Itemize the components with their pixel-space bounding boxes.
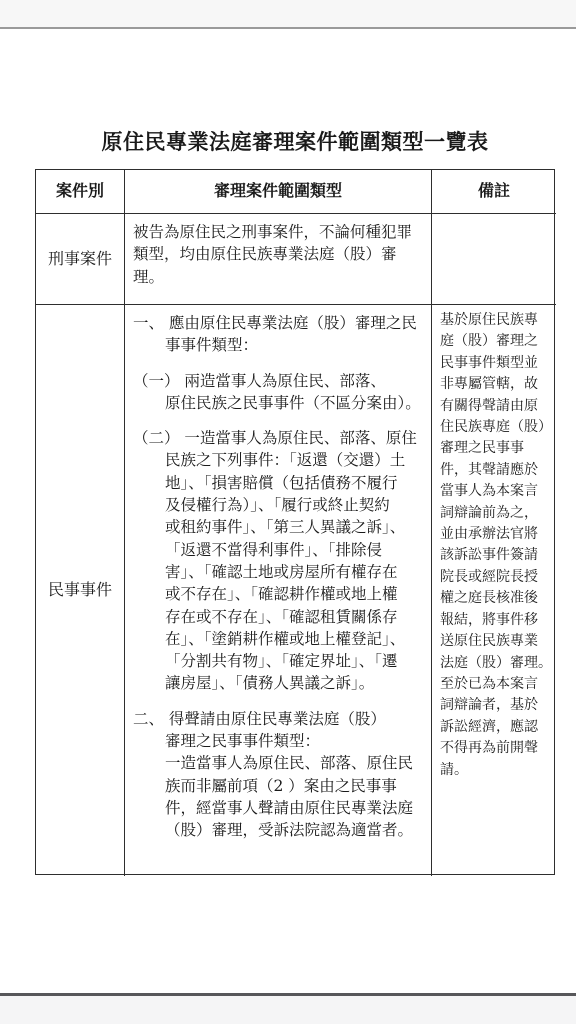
header-case-type: 案件別 [36, 170, 124, 213]
criminal-scope-text: 被告為原住民之刑事案件，不論何種犯罪 類型，均由原住民族專業法庭（股）審理。 [124, 213, 431, 304]
civil-item-2: 二、 得聲請由原住民專業法庭（股） 審理之民事事件類型： 一造當事人為原住民、部… [133, 708, 423, 842]
civil-remark: 基於原住民族專 庭（股）審理之 民事事件類型並 非專屬管轄，故 有關得聲請由原 … [431, 304, 556, 876]
criminal-remark [431, 213, 556, 304]
header-remarks: 備註 [431, 170, 556, 213]
header-scope-type: 審理案件範圍類型 [124, 170, 431, 213]
page-title: 原住民專業法庭審理案件範圍類型一覽表 [35, 126, 555, 156]
document-page: 原住民專業法庭審理案件範圍類型一覽表 案件別 審理案件範圍類型 備註 刑事案件 … [0, 0, 576, 1024]
viewer-top-margin [0, 0, 576, 29]
case-scope-table: 案件別 審理案件範圍類型 備註 刑事案件 被告為原住民之刑事案件，不論何種犯罪 … [35, 169, 555, 875]
civil-item-1: 一、 應由原住民專業法庭（股）審理之民 事事件類型： [133, 312, 423, 357]
civil-category-label: 民事事件 [36, 304, 124, 876]
viewer-bottom-margin [0, 993, 576, 1024]
criminal-category-label: 刑事案件 [36, 213, 124, 304]
civil-item-1-sub-2: （二） 一造當事人為原住民、部落、原住 民族之下列事件：「返還（交還）土 地」、… [133, 427, 423, 695]
civil-scope-text: 一、 應由原住民專業法庭（股）審理之民 事事件類型： （一） 兩造當事人為原住民… [124, 304, 431, 876]
civil-item-1-sub-1: （一） 兩造當事人為原住民、部落、 原住民族之民事事件（不區分案由）。 [133, 370, 423, 415]
